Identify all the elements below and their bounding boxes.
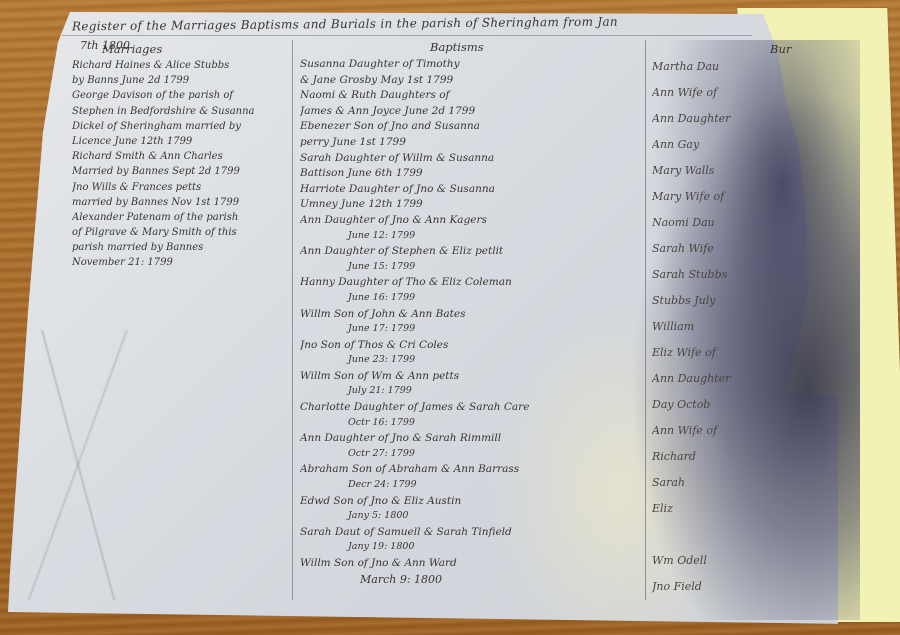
baptism-date: Decr 24: 1799 [300, 479, 640, 495]
burial-line: Naomi Dau [652, 216, 792, 242]
burial-line: Ann Daughter [652, 372, 792, 398]
marriage-line: Stephen in Bedfordshire & Susanna [72, 106, 292, 121]
marriage-line: Alexander Patenam of the parish [72, 212, 292, 227]
burial-line: Stubbs July [652, 294, 792, 320]
burial-line: Jno Field [652, 580, 792, 606]
baptism-line: Umney June 12th 1799 [300, 198, 640, 214]
baptism-line: Jno Son of Thos & Cri Coles [300, 339, 640, 355]
burial-line: Mary Wife of [652, 190, 792, 216]
baptism-date: Octr 27: 1799 [300, 448, 640, 464]
burial-line [652, 528, 792, 554]
baptism-line: James & Ann Joyce June 2d 1799 [300, 105, 640, 121]
baptism-line: Sarah Daut of Samuell & Sarah Tinfield [300, 526, 640, 542]
baptism-line: Sarah Daughter of Willm & Susanna [300, 152, 640, 168]
baptism-line: & Jane Grosby May 1st 1799 [300, 74, 640, 90]
baptism-line: Ebenezer Son of Jno and Susanna [300, 120, 640, 136]
baptism-line: Willm Son of John & Ann Bates [300, 308, 640, 324]
baptism-line: Willm Son of Jno & Ann Ward [300, 557, 640, 573]
marriage-line: married by Bannes Nov 1st 1799 [72, 197, 292, 212]
baptism-line: Ann Daughter of Jno & Ann Kagers [300, 214, 640, 230]
column-divider-left [292, 40, 293, 600]
column-divider-right [645, 40, 646, 600]
burial-line: Ann Wife of [652, 86, 792, 112]
marriages-column: Marriages Richard Haines & Alice Stubbs … [72, 58, 292, 273]
baptism-date: June 16: 1799 [300, 292, 640, 308]
header-rule [62, 35, 752, 36]
burial-line: Eliz Wife of [652, 346, 792, 372]
baptism-line: Charlotte Daughter of James & Sarah Care [300, 401, 640, 417]
baptism-line: perry June 1st 1799 [300, 136, 640, 152]
marriage-line: Jno Wills & Frances petts [72, 182, 292, 197]
baptism-date: March 9: 1800 [300, 573, 640, 589]
marriage-line: Married by Bannes Sept 2d 1799 [72, 166, 292, 181]
burial-line: Sarah Stubbs [652, 268, 792, 294]
burial-line: Sarah Wife [652, 242, 792, 268]
baptism-date: July 21: 1799 [300, 385, 640, 401]
baptisms-heading: Baptisms [430, 40, 640, 58]
marriage-line: Richard Smith & Ann Charles [72, 151, 292, 166]
marriage-line: by Banns June 2d 1799 [72, 75, 292, 90]
baptism-date: June 15: 1799 [300, 261, 640, 277]
baptism-line: Harriote Daughter of Jno & Susanna [300, 183, 640, 199]
burials-column: Bur Martha Dau Ann Wife of Ann Daughter … [652, 42, 792, 606]
baptism-date: Jany 5: 1800 [300, 510, 640, 526]
burial-line: William [652, 320, 792, 346]
baptism-date: Octr 16: 1799 [300, 417, 640, 433]
baptism-line: Ann Daughter of Stephen & Eliz petlit [300, 245, 640, 261]
baptism-line: Abraham Son of Abraham & Ann Barrass [300, 463, 640, 479]
baptism-date: June 12: 1799 [300, 230, 640, 246]
burial-line: Richard [652, 450, 792, 476]
baptism-date: Jany 19: 1800 [300, 541, 640, 557]
baptism-line: Edwd Son of Jno & Eliz Austin [300, 495, 640, 511]
marriage-line: Dickel of Sheringham married by [72, 121, 292, 136]
baptism-line: Susanna Daughter of Timothy [300, 58, 640, 74]
burial-line: Wm Odell [652, 554, 792, 580]
paper-creases [20, 330, 140, 600]
burial-line: Mary Walls [652, 164, 792, 190]
baptism-line: Naomi & Ruth Daughters of [300, 89, 640, 105]
baptism-line: Ann Daughter of Jno & Sarah Rimmill [300, 432, 640, 448]
burial-line: Ann Gay [652, 138, 792, 164]
marriages-heading: Marriages [102, 42, 292, 60]
marriage-line: George Davison of the parish of [72, 90, 292, 105]
baptism-date: June 23: 1799 [300, 354, 640, 370]
burial-line: Day Octob [652, 398, 792, 424]
marriage-line: of Pilgrave & Mary Smith of this [72, 227, 292, 242]
burial-line: Ann Daughter [652, 112, 792, 138]
marriage-line: Licence June 12th 1799 [72, 136, 292, 151]
burial-line: Eliz [652, 502, 792, 528]
burial-line: Sarah [652, 476, 792, 502]
baptism-line: Battison June 6th 1799 [300, 167, 640, 183]
marriage-line: parish married by Bannes [72, 242, 292, 257]
baptisms-column: Baptisms Susanna Daughter of Timothy & J… [300, 40, 640, 588]
burial-line: Martha Dau [652, 60, 792, 86]
baptism-line: Willm Son of Wm & Ann petts [300, 370, 640, 386]
baptism-date: June 17: 1799 [300, 323, 640, 339]
marriage-line: Richard Haines & Alice Stubbs [72, 60, 292, 75]
baptism-line: Hanny Daughter of Tho & Eliz Coleman [300, 276, 640, 292]
burial-line: Ann Wife of [652, 424, 792, 450]
burials-heading: Bur [770, 42, 792, 60]
marriage-line: November 21: 1799 [72, 257, 292, 272]
